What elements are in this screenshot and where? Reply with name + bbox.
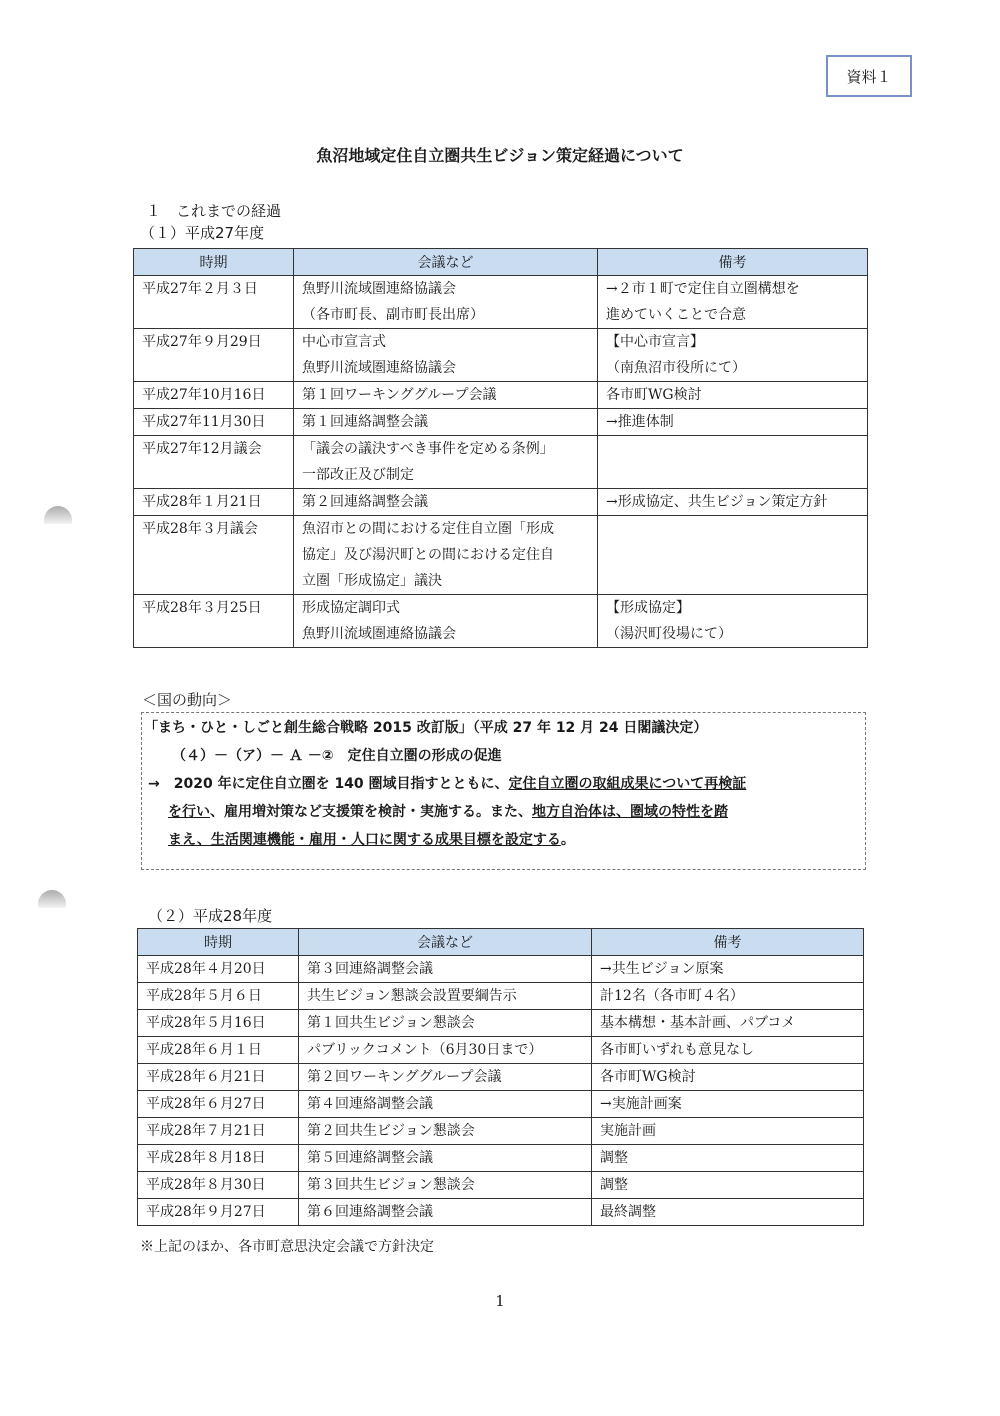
header-period: 時期 (134, 249, 294, 276)
table-row: 平成27年９月29日中心市宣言式魚野川流域圏連絡協議会【中心市宣言】（南魚沼市役… (134, 329, 868, 382)
table2-caption: （２）平成28年度 (148, 905, 272, 926)
table-row: 平成28年８月18日第５回連絡調整会議調整 (138, 1145, 864, 1172)
cell-meeting: パブリックコメント（6月30日まで） (299, 1037, 592, 1064)
cell-meeting: 魚野川流域圏連絡協議会（各市町長、副市町長出席） (294, 276, 598, 329)
table-row: 平成28年６月１日パブリックコメント（6月30日まで）各市町いずれも意見なし (138, 1037, 864, 1064)
cell-meeting: 第４回連絡調整会議 (299, 1091, 592, 1118)
table-row: 平成28年８月30日第３回共生ビジョン懇談会調整 (138, 1172, 864, 1199)
table-row: 平成28年９月27日第６回連絡調整会議最終調整 (138, 1199, 864, 1226)
cell-notes (598, 516, 868, 595)
cell-notes: 各市町WG検討 (598, 382, 868, 409)
cell-meeting: 第６回連絡調整会議 (299, 1199, 592, 1226)
cell-meeting: 第３回連絡調整会議 (299, 956, 592, 983)
table-row: 平成28年３月25日形成協定調印式魚野川流域圏連絡協議会【形成協定】（湯沢町役場… (134, 595, 868, 648)
cell-period: 平成27年11月30日 (134, 409, 294, 436)
section-heading: １ これまでの経過 (146, 200, 281, 221)
cell-period: 平成28年６月21日 (138, 1064, 299, 1091)
cell-meeting: 第２回ワーキンググループ会議 (299, 1064, 592, 1091)
cell-notes: →推進体制 (598, 409, 868, 436)
cell-period: 平成28年４月20日 (138, 956, 299, 983)
cell-period: 平成28年５月６日 (138, 983, 299, 1010)
cell-notes: 実施計画 (592, 1118, 864, 1145)
cell-notes: 【形成協定】（湯沢町役場にて） (598, 595, 868, 648)
strategy-item: （４）－（ア）－ Ａ －② 定住自立圏の形成の促進 (172, 745, 502, 765)
table-row: 平成27年12月議会「議会の議決すべき事件を定める条例」一部改正及び制定 (134, 436, 868, 489)
table-row: 平成28年５月16日第１回共生ビジョン懇談会基本構想・基本計画、パブコメ (138, 1010, 864, 1037)
page-title: 魚沼地域定住自立圏共生ビジョン策定経過について (0, 143, 1000, 166)
header-notes: 備考 (598, 249, 868, 276)
table-row: 平成27年11月30日第１回連絡調整会議→推進体制 (134, 409, 868, 436)
cell-meeting: 第２回共生ビジョン懇談会 (299, 1118, 592, 1145)
cell-period: 平成27年９月29日 (134, 329, 294, 382)
cell-period: 平成28年６月27日 (138, 1091, 299, 1118)
table-row: 平成28年１月21日第２回連絡調整会議→形成協定、共生ビジョン策定方針 (134, 489, 868, 516)
fy28-table: 時期 会議など 備考 平成28年４月20日第３回連絡調整会議→共生ビジョン原案平… (137, 928, 864, 1226)
cell-notes: 調整 (592, 1145, 864, 1172)
table-row: 平成27年２月３日魚野川流域圏連絡協議会（各市町長、副市町長出席）→２市１町で定… (134, 276, 868, 329)
national-trends-box: 「まち・ひと・しごと創生総合戦略 2015 改訂版」（平成 27 年 12 月 … (141, 712, 866, 870)
cell-meeting: 「議会の議決すべき事件を定める条例」一部改正及び制定 (294, 436, 598, 489)
cell-period: 平成28年８月18日 (138, 1145, 299, 1172)
cell-notes: →実施計画案 (592, 1091, 864, 1118)
cell-period: 平成27年10月16日 (134, 382, 294, 409)
cell-notes: 各市町WG検討 (592, 1064, 864, 1091)
cell-notes: →形成協定、共生ビジョン策定方針 (598, 489, 868, 516)
table-header-row: 時期 会議など 備考 (138, 929, 864, 956)
strategy-title: 「まち・ひと・しごと創生総合戦略 2015 改訂版」（平成 27 年 12 月 … (144, 717, 707, 737)
cell-meeting: 第１回共生ビジョン懇談会 (299, 1010, 592, 1037)
punch-hole-bottom (38, 890, 66, 908)
cell-period: 平成28年３月25日 (134, 595, 294, 648)
header-meeting: 会議など (299, 929, 592, 956)
table-row: 平成28年５月６日共生ビジョン懇談会設置要綱告示計12名（各市町４名） (138, 983, 864, 1010)
national-trends-heading: ＜国の動向＞ (142, 689, 232, 710)
cell-notes: →２市１町で定住自立圏構想を進めていくことで合意 (598, 276, 868, 329)
table-header-row: 時期 会議など 備考 (134, 249, 868, 276)
strategy-text-line-3: まえ、生活関連機能・雇用・人口に関する成果目標を設定する。 (168, 829, 575, 849)
punch-hole-top (44, 506, 72, 524)
strategy-text-line-1: → 2020 年に定住自立圏を 140 圏域目指すとともに、定住自立圏の取組成果… (148, 773, 746, 793)
cell-notes: →共生ビジョン原案 (592, 956, 864, 983)
table-row: 平成27年10月16日第１回ワーキンググループ会議各市町WG検討 (134, 382, 868, 409)
cell-period: 平成27年12月議会 (134, 436, 294, 489)
cell-meeting: 第２回連絡調整会議 (294, 489, 598, 516)
cell-meeting: 第１回ワーキンググループ会議 (294, 382, 598, 409)
cell-period: 平成28年７月21日 (138, 1118, 299, 1145)
table-row: 平成28年３月議会魚沼市との間における定住自立圏「形成協定」及び湯沢町との間にお… (134, 516, 868, 595)
document-label-badge: 資料１ (826, 55, 912, 97)
cell-meeting: 魚沼市との間における定住自立圏「形成協定」及び湯沢町との間における定住自立圏「形… (294, 516, 598, 595)
cell-meeting: 第５回連絡調整会議 (299, 1145, 592, 1172)
strategy-text-line-2: を行い、雇用増対策など支援策を検討・実施する。また、地方自治体は、圏域の特性を踏 (168, 801, 728, 821)
cell-notes: 基本構想・基本計画、パブコメ (592, 1010, 864, 1037)
page-number: 1 (0, 1292, 1000, 1310)
cell-notes: 調整 (592, 1172, 864, 1199)
cell-period: 平成28年１月21日 (134, 489, 294, 516)
cell-period: 平成28年９月27日 (138, 1199, 299, 1226)
header-meeting: 会議など (294, 249, 598, 276)
cell-meeting: 第３回共生ビジョン懇談会 (299, 1172, 592, 1199)
cell-meeting: 形成協定調印式魚野川流域圏連絡協議会 (294, 595, 598, 648)
cell-period: 平成28年８月30日 (138, 1172, 299, 1199)
cell-notes: 【中心市宣言】（南魚沼市役所にて） (598, 329, 868, 382)
table-row: 平成28年６月27日第４回連絡調整会議→実施計画案 (138, 1091, 864, 1118)
table-row: 平成28年７月21日第２回共生ビジョン懇談会実施計画 (138, 1118, 864, 1145)
cell-meeting: 中心市宣言式魚野川流域圏連絡協議会 (294, 329, 598, 382)
cell-period: 平成28年６月１日 (138, 1037, 299, 1064)
cell-meeting: 共生ビジョン懇談会設置要綱告示 (299, 983, 592, 1010)
table1-caption: （１）平成27年度 (140, 222, 264, 243)
cell-period: 平成28年３月議会 (134, 516, 294, 595)
header-period: 時期 (138, 929, 299, 956)
header-notes: 備考 (592, 929, 864, 956)
table-row: 平成28年６月21日第２回ワーキンググループ会議各市町WG検討 (138, 1064, 864, 1091)
cell-notes (598, 436, 868, 489)
cell-notes: 計12名（各市町４名） (592, 983, 864, 1010)
cell-notes: 各市町いずれも意見なし (592, 1037, 864, 1064)
cell-meeting: 第１回連絡調整会議 (294, 409, 598, 436)
cell-notes: 最終調整 (592, 1199, 864, 1226)
table-row: 平成28年４月20日第３回連絡調整会議→共生ビジョン原案 (138, 956, 864, 983)
cell-period: 平成27年２月３日 (134, 276, 294, 329)
footnote: ※上記のほか、各市町意思決定会議で方針決定 (140, 1236, 434, 1256)
fy27-table: 時期 会議など 備考 平成27年２月３日魚野川流域圏連絡協議会（各市町長、副市町… (133, 248, 868, 648)
cell-period: 平成28年５月16日 (138, 1010, 299, 1037)
